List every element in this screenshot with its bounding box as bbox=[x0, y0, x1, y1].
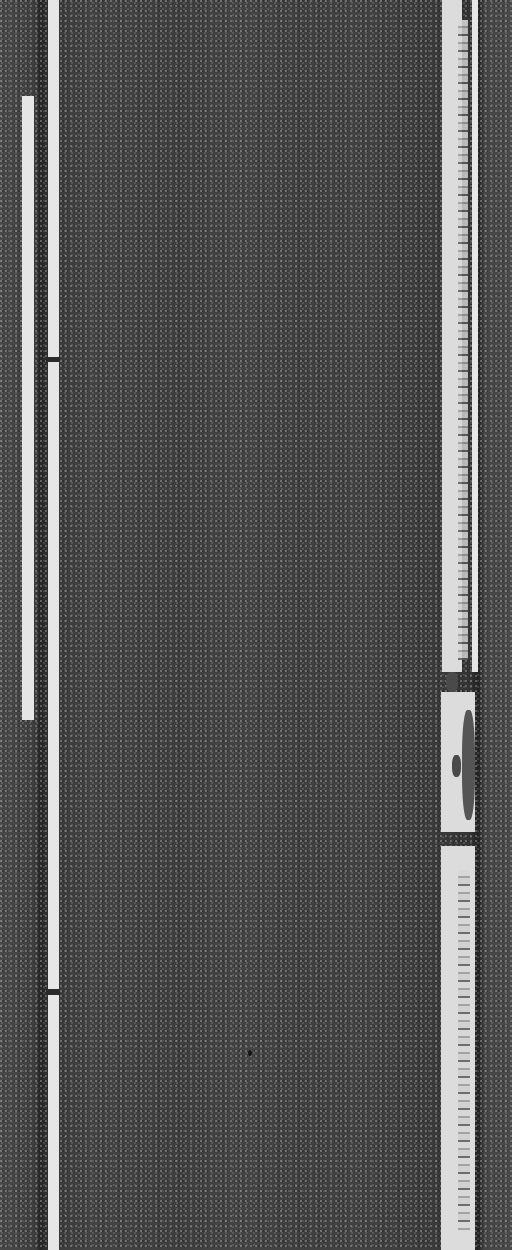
debris-spot bbox=[248, 1050, 252, 1056]
road-aerial-image bbox=[0, 0, 512, 1250]
left-solid-line bbox=[48, 362, 59, 989]
left-solid-line bbox=[48, 0, 59, 357]
right-lane-line-wear bbox=[458, 870, 470, 1230]
left-dashed-line-segment bbox=[22, 96, 34, 720]
left-solid-line bbox=[48, 995, 59, 1250]
right-edge-line bbox=[472, 0, 478, 672]
asphalt-texture bbox=[0, 0, 512, 1250]
right-lane-line-wear bbox=[458, 20, 468, 660]
worn-patch bbox=[452, 755, 461, 777]
worn-patch bbox=[462, 710, 475, 820]
worn-patch bbox=[446, 672, 458, 692]
